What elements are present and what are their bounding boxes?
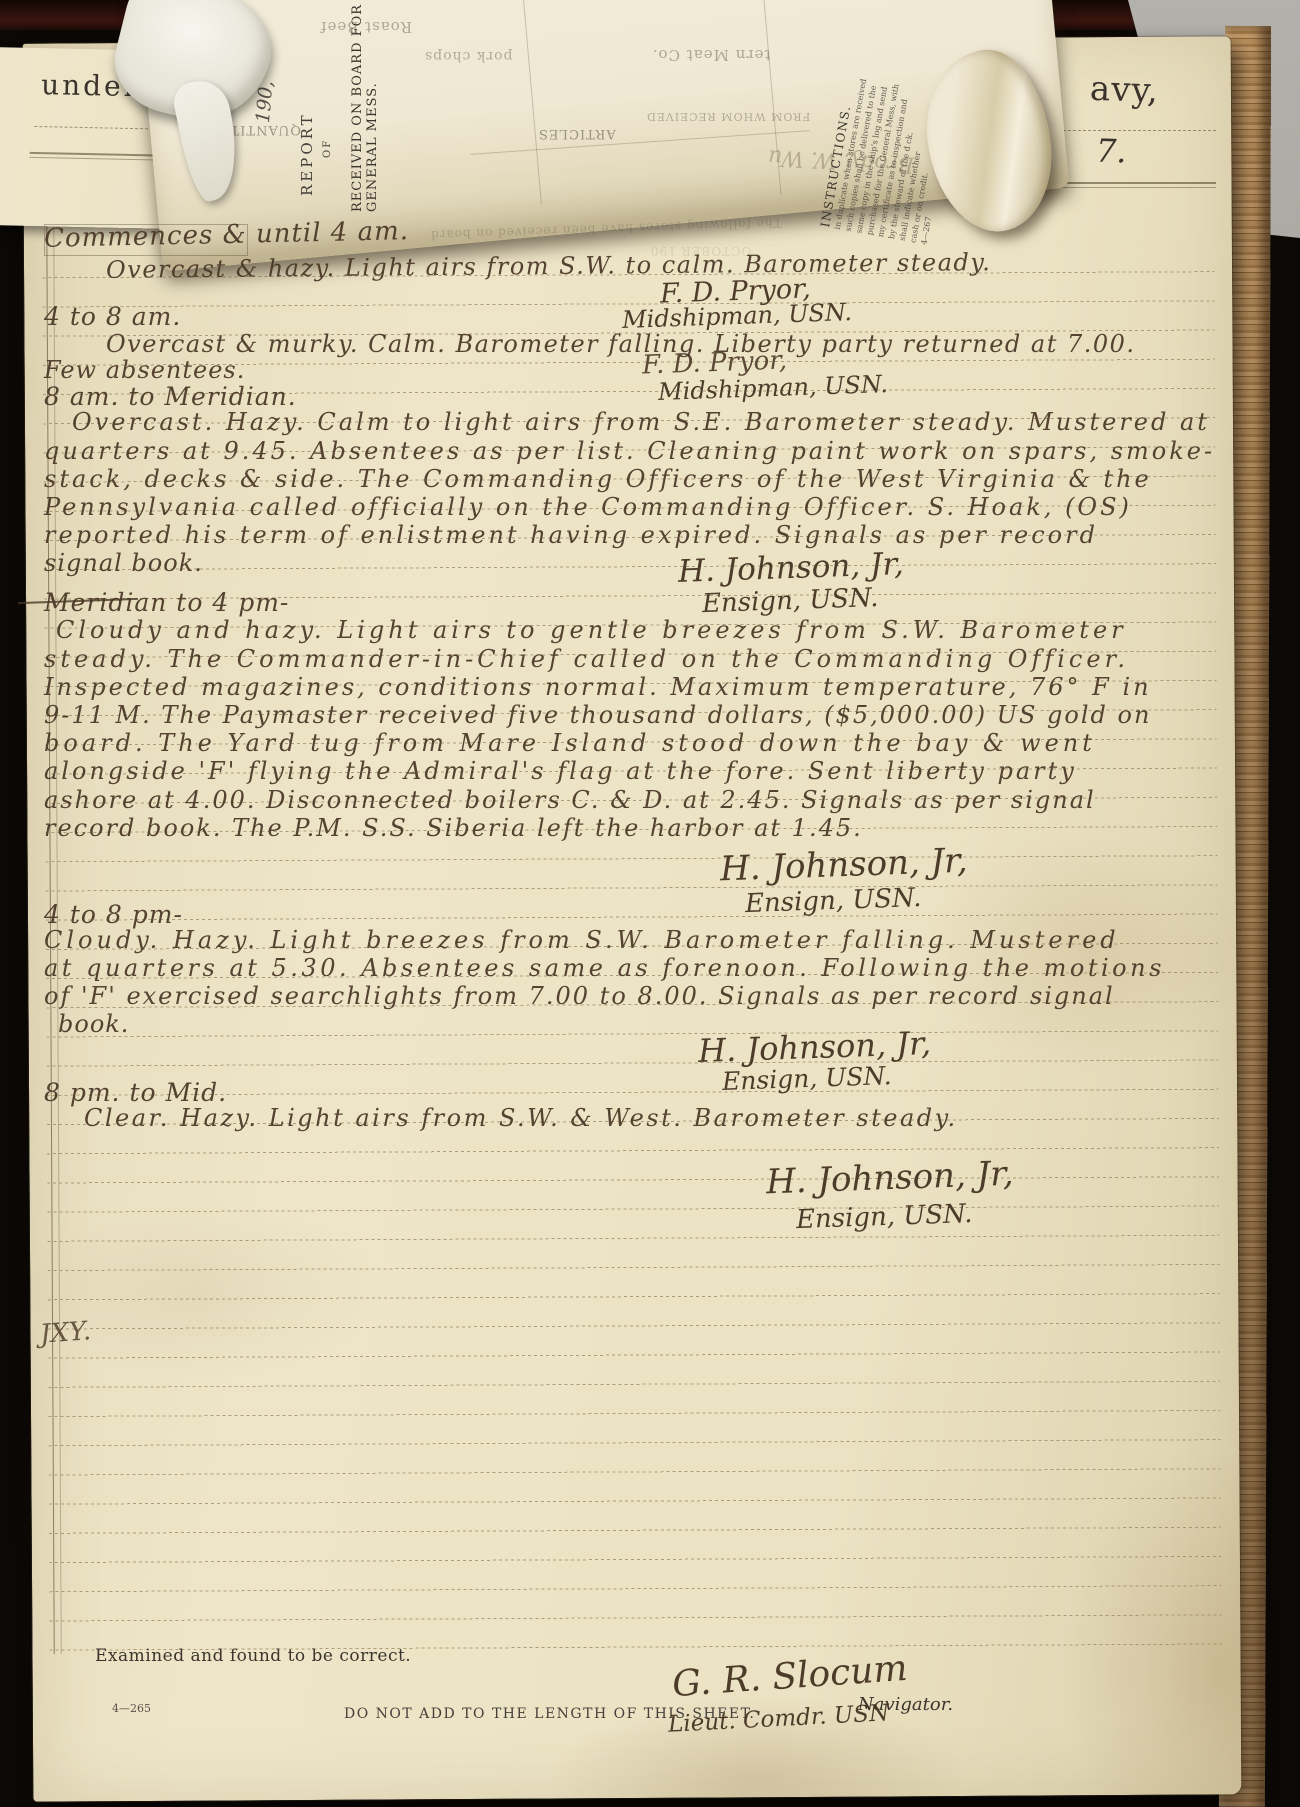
entry-heading: 4 to 8 pm- [44, 900, 183, 929]
printed-navy-fragment: avy, [1089, 69, 1159, 111]
log-line: ashore at 4.00. Disconnected boilers C. … [44, 786, 1096, 814]
log-line: Pennsylvania called officially on the Co… [44, 493, 1132, 521]
entry-heading: 8 pm. to Mid. [44, 1078, 227, 1107]
log-line: stack, decks & side. The Commanding Offi… [44, 465, 1152, 493]
log-line: Clear. Hazy. Light airs from S.W. & West… [84, 1104, 958, 1132]
signature-rank: Ensign, USN. [745, 883, 922, 919]
log-line: quarters at 9.45. Absentees as per list.… [44, 437, 1215, 465]
roll-articles-label-mirrored: ARTICLES [538, 126, 616, 141]
log-line: board. The Yard tug from Mare Island sto… [44, 729, 1096, 757]
log-line: Few absentees. [44, 356, 245, 384]
log-line: book. [58, 1010, 129, 1038]
signature-rank: Ensign, USN. [796, 1199, 973, 1235]
roll-of-label: OF [322, 139, 333, 158]
log-line: steady. The Commander-in-Chief called on… [44, 645, 1129, 673]
log-line: reported his term of enlistment having e… [44, 521, 1098, 549]
log-line: 9-11 M. The Paymaster received five thou… [44, 701, 1151, 729]
entry-heading: 8 am. to Meridian. [44, 382, 297, 411]
log-line: Inspected magazines, conditions normal. … [44, 673, 1152, 701]
entry-heading: Meridian to 4 pm- [44, 588, 289, 617]
form-number: 4—265 [112, 1702, 151, 1715]
log-line: Overcast. Hazy. Calm to light airs from … [72, 408, 1210, 436]
logbook-photo: avy, 7. OCTOBER 190 under the 190, REPOR… [0, 0, 1300, 1807]
roll-from-whom-mirrored: FROM WHOM RECEIVED [646, 110, 810, 123]
margin-check-mark: JXY. [39, 1316, 92, 1349]
roll-item-mirrored: Roast Beef [320, 18, 412, 36]
header-rule-dashed [1058, 130, 1216, 131]
log-line: alongside 'F' flying the Admiral's flag … [44, 757, 1077, 785]
signature-rank: Ensign, USN. [702, 583, 879, 619]
log-line: Cloudy and hazy. Light airs to gentle br… [56, 616, 1127, 644]
log-line: signal book. [44, 549, 203, 577]
roll-vendor-mirrored: tern Meat Co. [652, 46, 771, 64]
entry-heading: 4 to 8 am. [44, 302, 181, 331]
log-line: Overcast & murky. Calm. Barometer fallin… [106, 330, 1136, 358]
examined-note: Examined and found to be correct. [95, 1646, 411, 1666]
header-rule-double [1046, 182, 1216, 188]
printed-year-fragment: 7. [1095, 131, 1127, 170]
signature-rank: Ensign, USN. [722, 1061, 893, 1096]
log-line: Cloudy. Hazy. Light breezes from S.W. Ba… [44, 926, 1120, 954]
log-line: of 'F' exercised searchlights from 7.00 … [44, 982, 1115, 1010]
log-line: at quarters at 5.30. Absentees same as f… [44, 954, 1165, 982]
log-line: record book. The P.M. S.S. Siberia left … [44, 814, 863, 842]
roll-item-mirrored: pork chops [424, 48, 512, 64]
